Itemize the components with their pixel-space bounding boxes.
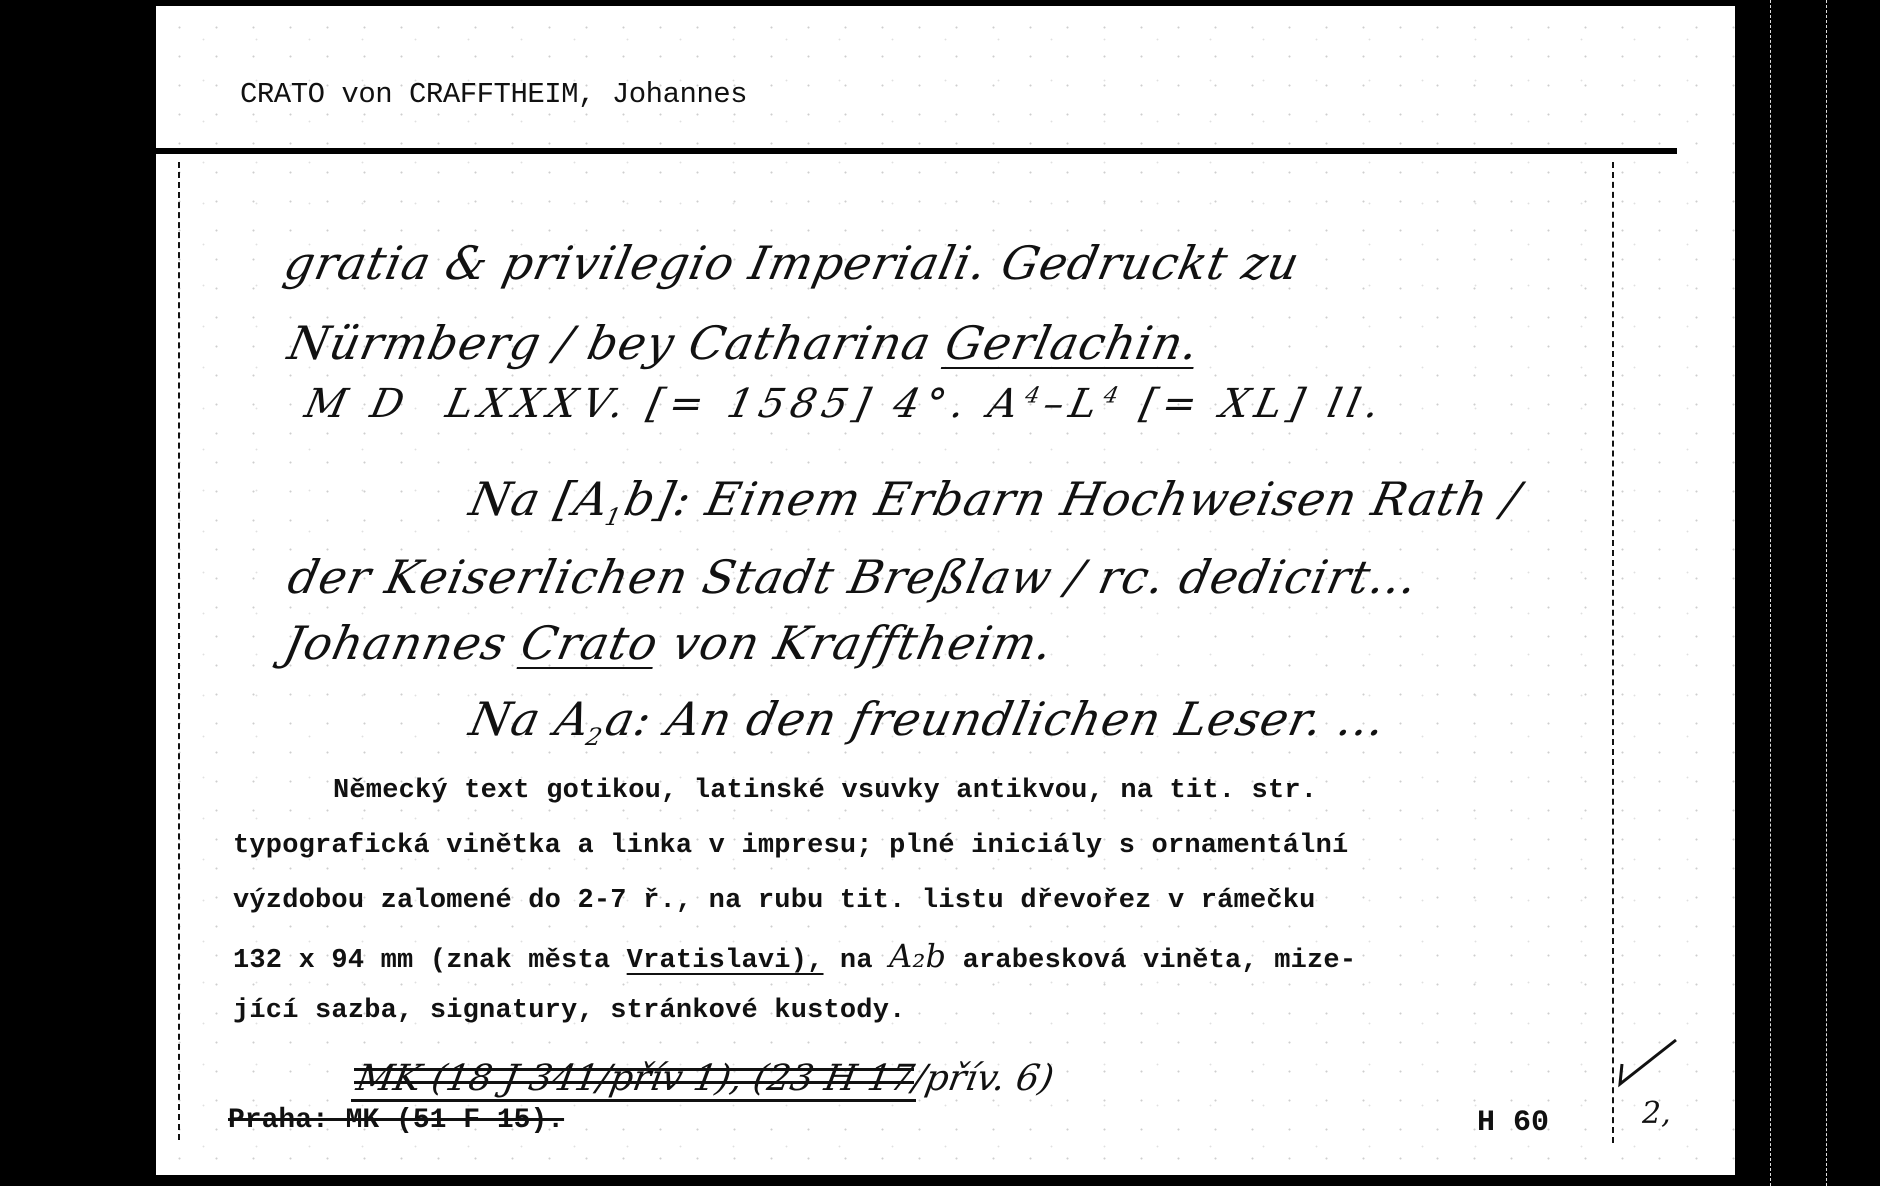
city-name: Vratislavi), (627, 946, 824, 976)
description-line-4: 132 x 94 mm (znak města Vratislavi), na … (233, 929, 1578, 984)
description-line-3: výzdobou zalomené do 2-7 ř., na rubu tit… (233, 874, 1578, 929)
old-shelfmark-handwritten: MK (18 J 341/přív 1), (23 H 17/přív. 6) (353, 1058, 1057, 1099)
strike-line-3 (351, 1099, 916, 1102)
description-paragraph: Německý text gotikou, latinské vsuvky an… (233, 764, 1578, 1039)
catalog-card: CRATO von CRAFFTHEIM, Johannes gratia & … (156, 6, 1735, 1175)
shelf-code: H 60 (1477, 1106, 1549, 1140)
right-margin-line (1612, 162, 1614, 1143)
description-line-1: Německý text gotikou, latinské vsuvky an… (233, 764, 1578, 819)
strike-line-1 (354, 1068, 914, 1071)
scan-edge-line (1826, 0, 1828, 1186)
description-line-5: jící sazba, signatury, stránkové kustody… (233, 984, 1578, 1039)
scan-edge-line (1770, 0, 1772, 1186)
handwritten-signature-ref: A₂b (889, 937, 946, 975)
heading-rule (156, 148, 1677, 154)
strike-line-2 (354, 1081, 914, 1084)
left-margin-line (178, 162, 180, 1140)
card-heading: CRATO von CRAFFTHEIM, Johannes (240, 78, 747, 111)
sheet-number: 2, (1642, 1096, 1671, 1131)
old-shelfmark-typed: Praha: MK (51 F 15). (228, 1105, 564, 1136)
description-line-2: typografická vinětka a linka v impresu; … (233, 819, 1578, 874)
